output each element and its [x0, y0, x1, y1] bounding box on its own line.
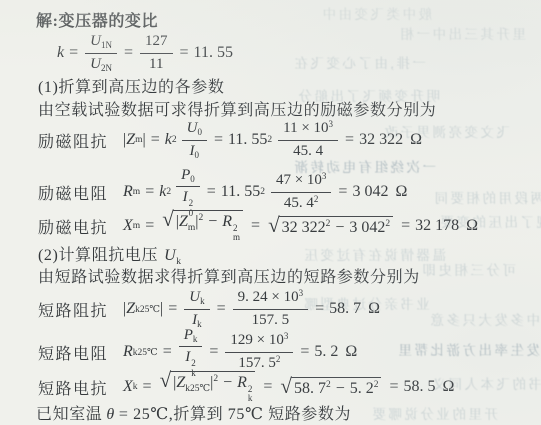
value: 45. 4 [284, 195, 314, 211]
short-circuit-reactance-line: 短路电抗 Xk = √ |Zk25℃|2−R2k = √ 58. 72−5. 2… [38, 372, 454, 402]
equals-sign: = [168, 300, 177, 318]
ohm-unit: Ω [466, 217, 478, 235]
radicand: 32 3222−3 0422 [279, 216, 394, 237]
ohm-unit: Ω [443, 378, 455, 396]
variable: U [90, 56, 101, 72]
superscript: 3 [322, 171, 327, 181]
bleedthrough-line: 一排,由了心变飞在 [292, 52, 426, 72]
superscript: 2 [314, 194, 319, 204]
value: 32 322 [282, 219, 326, 236]
result-value: 5. 2 [314, 343, 338, 361]
bleedthrough-line: 点正直中多发大只多意 [428, 309, 541, 329]
short-circuit-resistance-line: 短路电阻 Rk25℃ = Pk I2k = 129 × 103 157. 52 … [38, 330, 357, 374]
fraction: U1N U2N [85, 32, 117, 74]
variable: U [164, 247, 176, 264]
subscript: 2N [101, 63, 112, 73]
square-root: √ 32 3222−3 0422 [268, 216, 393, 237]
ohm-unit: Ω [368, 300, 380, 318]
numerator: 11 × 103 [278, 119, 338, 141]
equals-sign: = [263, 378, 272, 396]
radicand: 58. 72−5. 22 [291, 377, 382, 398]
numerator: U0 [182, 119, 207, 141]
equals-sign: = [163, 343, 172, 361]
scanned-textbook-page: 般中类飞变由中 里升其三出中一相 一排,由了心变飞在 明升变频飞了出船分 飞文变… [0, 0, 541, 425]
formula-label: 励磁阻抗 [38, 129, 108, 152]
bleedthrough-line: 了两段用的相要同 [432, 187, 541, 207]
minus-sign: − [336, 380, 345, 397]
equals-sign: = [345, 131, 354, 149]
short-circuit-impedance-line: 短路阻抗 |Zk25℃| = Uk Ik = 9. 24 × 103 157. … [38, 287, 380, 331]
variable: R [123, 343, 133, 361]
coefficient: 11. 55 [228, 131, 267, 149]
equals-sign: = [315, 300, 324, 318]
fraction: 47 × 103 45. 42 [271, 171, 331, 213]
value: 47 × 10 [276, 172, 322, 188]
numerator: 9. 24 × 103 [233, 288, 308, 310]
superscript: 3 [284, 331, 289, 341]
variable: Z [126, 131, 135, 149]
value: 129 × 10 [230, 332, 283, 348]
subscript: m [133, 221, 140, 231]
fraction: U0 I0 [182, 119, 207, 161]
section-2-heading-text: (2)计算阻抗电压 [38, 247, 158, 264]
room-temperature-note: 已知室温θ= 25℃,折算到 75℃ 短路参数为 [36, 401, 351, 424]
variable: Z [179, 213, 188, 230]
square-root: √ 58. 72−5. 22 [280, 377, 381, 398]
variable: k [165, 131, 172, 149]
subscript: k [200, 296, 205, 306]
equals-sign: = [69, 44, 78, 62]
value: 11 × 10 [283, 120, 328, 136]
minus-sign: − [223, 374, 232, 391]
subscript: k [193, 334, 198, 344]
variable: Z [126, 300, 135, 318]
subscript: 1N [101, 40, 112, 50]
formula-label: 励磁电抗 [38, 215, 108, 238]
equals-sign: = [389, 378, 398, 396]
superscript: 3 [329, 119, 334, 129]
equals-sign: = [145, 183, 154, 201]
equals-sign: = [217, 300, 226, 318]
subscript: m [233, 233, 240, 242]
value: 5. 2 [350, 380, 374, 397]
numerator: 127 [140, 32, 173, 54]
variable: P [184, 327, 193, 343]
subscript: m [133, 187, 140, 197]
denominator: 45. 42 [284, 193, 319, 214]
superscript: 2 [166, 187, 171, 197]
voltage-ratio-formula: k = U1N U2N = 127 11 = 11. 55 [57, 32, 233, 74]
variable: U [90, 33, 101, 49]
variable: R [222, 213, 232, 230]
variable: U [187, 120, 198, 136]
equals-sign: = [180, 44, 189, 62]
value: 3 042 [349, 219, 385, 236]
subscript: 0 [195, 150, 200, 160]
superscript: 3 [299, 288, 304, 298]
equals-sign: = [143, 378, 152, 396]
variable: X [123, 217, 133, 235]
note-text: = 25℃,折算到 75℃ 短路参数为 [119, 406, 351, 423]
fraction: 129 × 103 157. 52 [225, 331, 293, 373]
variable: k [57, 44, 64, 62]
minus-sign: − [208, 213, 217, 230]
bleedthrough-line: 发生率出方游比帮里 [396, 339, 540, 359]
equals-sign: = [300, 343, 309, 361]
bleedthrough-line: 般中类飞变由中 [320, 3, 432, 23]
variable: Z [176, 374, 185, 391]
denominator: 45. 4 [293, 141, 323, 162]
value: 9. 24 × 10 [238, 289, 299, 305]
denominator: 11 [149, 54, 163, 75]
denominator: I0 [190, 141, 200, 162]
formula-label: 励磁电阻 [38, 181, 108, 204]
superscript: 2 [326, 219, 331, 229]
equals-sign: = [401, 217, 410, 235]
result-value: 11. 55 [194, 44, 233, 62]
variable: I [183, 189, 188, 205]
result-value: 58. 5 [404, 378, 436, 396]
equals-sign: = [214, 131, 223, 149]
value: 157. 5 [238, 355, 276, 371]
numerator: 47 × 103 [271, 171, 331, 193]
superscript: 2 [326, 380, 331, 390]
subscript: 0 [197, 127, 202, 137]
numerator: U1N [85, 32, 117, 54]
denominator: 157. 5 [252, 310, 290, 331]
note-text: 已知室温 [36, 406, 102, 423]
superscript: 2 [213, 374, 218, 384]
result-value: 32 322 [359, 131, 403, 149]
superscript: 2 [374, 380, 379, 390]
square-root: √ |Zk25℃|2−R2k [160, 371, 256, 404]
square-root: √ |Zm|2−R2m [162, 210, 243, 243]
result-value: 58. 7 [329, 300, 361, 318]
equals-sign: = [151, 131, 160, 149]
short-circuit-test-intro: 由短路试验数据求得折算到高压边的短路参数分别为 [38, 264, 420, 287]
variable: X [123, 378, 133, 396]
superscript: 2 [385, 219, 390, 229]
variable: k [159, 183, 166, 201]
fraction: Uk Ik [184, 288, 209, 330]
equals-sign: = [338, 183, 347, 201]
radicand: |Zk25℃|2−R2k [170, 371, 255, 404]
section-1-heading: (1)折算到高压边的各参数 [38, 74, 224, 97]
ohm-unit: Ω [410, 131, 422, 149]
no-load-test-intro: 由空载试验数据可求得折算到高压边的励磁参数分别为 [38, 97, 436, 120]
formula-label: 短路电抗 [38, 376, 108, 399]
equals-sign: = [251, 217, 260, 235]
equals-sign: = [207, 183, 216, 201]
subscript: k [133, 382, 138, 392]
magnetizing-impedance-line: 励磁阻抗 |Zm| = k2 U0 I0 = 11. 552 11 × 103 … [38, 119, 422, 161]
fraction: 11 × 103 45. 4 [278, 119, 338, 161]
equals-sign: = [145, 217, 154, 235]
subscript: k25℃ [135, 304, 160, 315]
subscript: 0 [190, 174, 195, 184]
variable: P [181, 167, 190, 183]
variable: R [237, 374, 247, 391]
value: 58. 7 [294, 380, 326, 397]
coefficient: 11. 55 [221, 183, 260, 201]
superscript: 2 [198, 213, 203, 223]
fraction: 9. 24 × 103 157. 5 [233, 288, 308, 330]
subscript: k25℃ [133, 347, 158, 358]
superscript: 2 [276, 354, 281, 364]
denominator: U2N [90, 54, 112, 75]
radicand: |Zm|2−R2m [173, 210, 243, 243]
superscript: 2 [267, 135, 272, 145]
equals-sign: = [209, 343, 218, 361]
variable: U [189, 289, 200, 305]
bleedthrough-line: 里升其三出中一相 [398, 23, 526, 43]
equals-sign: = [124, 44, 133, 62]
subscript: m [135, 135, 142, 145]
solution-heading: 解:变压器的变比 [36, 8, 158, 31]
numerator: Uk [184, 288, 209, 310]
abs-bar: | [143, 131, 146, 149]
ohm-unit: Ω [395, 183, 407, 201]
fraction: 127 11 [140, 32, 173, 74]
minus-sign: − [335, 219, 344, 236]
result-value: 32 178 [415, 217, 459, 235]
result-value: 3 042 [352, 183, 388, 201]
bleedthrough-line: 可分三相史即 [420, 259, 516, 279]
formula-label: 短路电阻 [38, 341, 108, 364]
numerator: 129 × 103 [225, 331, 293, 353]
formula-label: 短路阻抗 [38, 298, 108, 321]
variable: θ [106, 406, 114, 423]
superscript: 2 [260, 187, 265, 197]
sup-sub-stack: 2m [233, 224, 240, 243]
subscript: k25℃ [185, 384, 210, 394]
ohm-unit: Ω [345, 343, 357, 361]
numerator: P0 [176, 166, 200, 188]
magnetizing-resistance-line: 励磁电阻 Rm = k2 P0 I20 = 11. 552 47 × 103 4… [38, 170, 407, 214]
magnetizing-reactance-line: 励磁电抗 Xm = √ |Zm|2−R2m = √ 32 3222−3 0422… [38, 211, 478, 241]
bleedthrough-line: 开里的业分说哪要 [370, 403, 498, 423]
variable: I [185, 349, 190, 365]
superscript: 2 [172, 135, 177, 145]
variable: R [123, 183, 133, 201]
abs-bar: | [160, 300, 163, 318]
numerator: Pk [179, 326, 203, 348]
